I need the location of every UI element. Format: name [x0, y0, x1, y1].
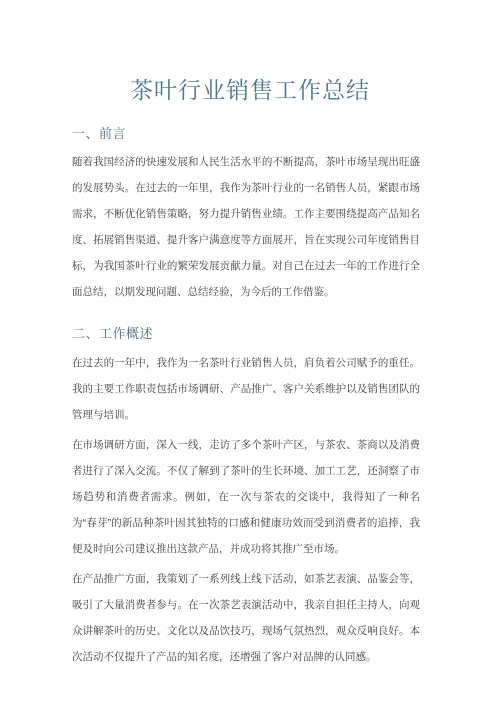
paragraph: 在市场调研方面，深入一线，走访了多个茶叶产区，与茶农、茶商以及消费者进行了深入交…	[72, 432, 420, 562]
paragraph: 在过去的一年中，我作为一名茶叶行业销售人员，肩负着公司赋予的重任。我的主要工作职…	[72, 350, 420, 428]
section-heading-work-overview: 二、工作概述	[72, 326, 420, 342]
document-title: 茶叶行业销售工作总结	[0, 76, 500, 105]
section-work-overview: 二、工作概述 在过去的一年中，我作为一名茶叶行业销售人员，肩负着公司赋予的重任。…	[72, 326, 420, 670]
paragraph: 在产品推广方面，我策划了一系列线上线下活动，如茶艺表演、品鉴会等，吸引了大量消费…	[72, 566, 420, 670]
document-page: 茶叶行业销售工作总结 一、前言 随着我国经济的快速发展和人民生活水平的不断提高，…	[0, 0, 500, 707]
section-heading-preface: 一、前言	[72, 126, 420, 142]
section-preface: 一、前言 随着我国经济的快速发展和人民生活水平的不断提高，茶叶市场呈现出旺盛的发…	[72, 126, 420, 306]
paragraph: 随着我国经济的快速发展和人民生活水平的不断提高，茶叶市场呈现出旺盛的发展势头。在…	[72, 149, 420, 305]
